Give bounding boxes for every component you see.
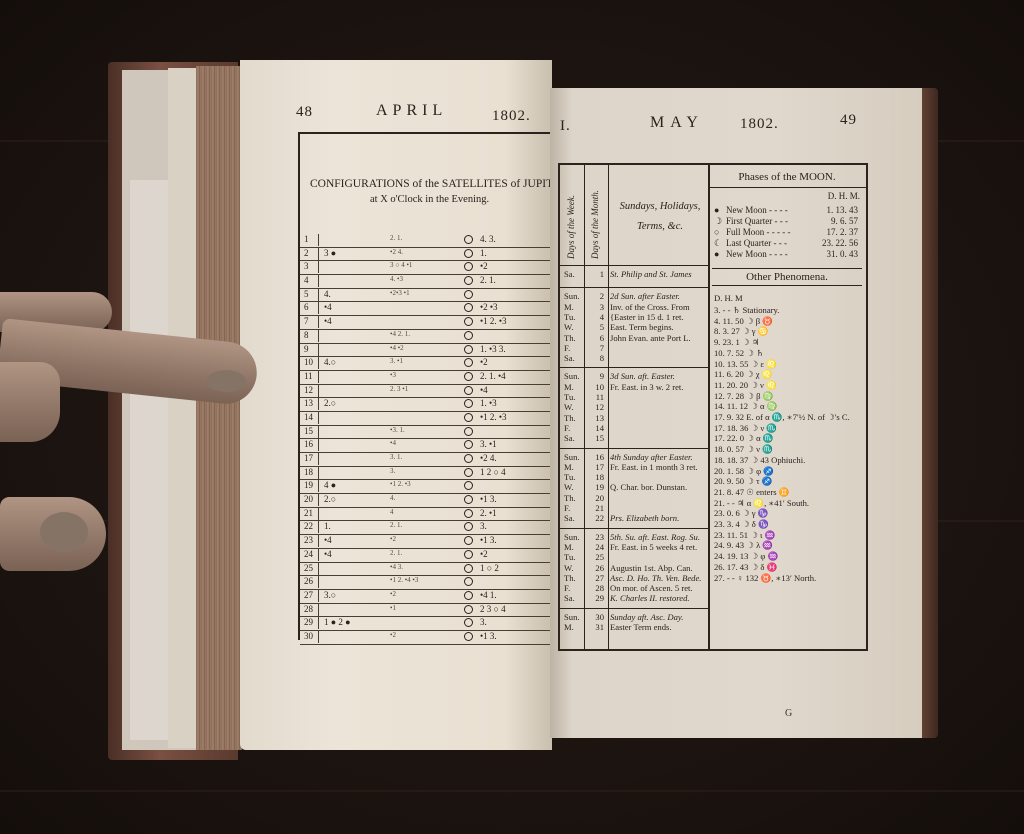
day-of-month: 10: [588, 382, 604, 392]
satellite-positions: 4.: [390, 494, 395, 502]
jupiter-icon: [464, 249, 473, 258]
divider: [318, 535, 319, 547]
divider: [318, 467, 319, 479]
phenomenon-entry: 20. 9. 50 ☽ τ ♐: [714, 476, 772, 487]
divider: [318, 412, 319, 424]
day-number: 25: [304, 563, 318, 573]
east-satellites: •1 2. •3: [480, 412, 507, 422]
east-satellites: •4: [480, 385, 488, 395]
day-number: 23: [304, 535, 318, 545]
mannequin-palm: [0, 362, 60, 442]
divider: [318, 302, 319, 314]
day-number: 4: [304, 275, 318, 285]
page-number: 48: [296, 104, 313, 121]
day-of-month: 31: [588, 622, 604, 632]
weekday: Tu.: [564, 392, 588, 402]
east-satellites: •1 2. •3: [480, 316, 507, 326]
phase-time: 17. 2. 37: [827, 227, 859, 237]
jupiter-icon: [464, 509, 473, 518]
day-of-month: 28: [588, 583, 604, 593]
phase-name: Last Quarter - - -: [726, 238, 787, 248]
satellite-positions: •3: [390, 371, 396, 379]
jupiter-icon: [464, 605, 473, 614]
configuration-row: 12. 1.4. 3.: [300, 234, 555, 248]
weekday: Tu.: [564, 552, 588, 562]
satellite-positions: •2•3 •1: [390, 289, 410, 297]
east-satellites: 2 3 ○ 4: [480, 604, 506, 614]
day-number: 7: [304, 316, 318, 326]
day-event: {Easter in 15 d. 1 ret.: [610, 312, 684, 322]
configuration-row: 273.○•2•4 1.: [300, 590, 555, 604]
east-satellites: •1 3.: [480, 631, 497, 641]
east-satellites: 1. •3 3.: [480, 344, 506, 354]
moon-phases-title: Phases of the MOON.: [712, 171, 862, 183]
satellite-positions: •3. 1.: [390, 426, 405, 434]
phenomenon-entry: 9. 23. 1 ☽ ♃: [714, 337, 760, 348]
weekday: W.: [564, 322, 588, 332]
divider: [318, 344, 319, 356]
east-satellites: •2: [480, 549, 488, 559]
day-number: 12: [304, 385, 318, 395]
weekday: Sa.: [564, 353, 588, 363]
day-number: 28: [304, 604, 318, 614]
east-satellites: •2 4.: [480, 453, 497, 463]
weekday: Sun.: [564, 532, 588, 542]
east-satellites: 1 ○ 2: [480, 563, 499, 573]
jupiter-icon: [464, 290, 473, 299]
day-event: 4th Sunday after Easter.: [610, 452, 693, 462]
divider: [318, 234, 319, 246]
day-event: St. Philip and St. James: [610, 269, 692, 279]
divider: [318, 590, 319, 602]
phenomenon-entry: 23. 3. 4 ☽ δ ♑: [714, 519, 769, 530]
page-month: APRIL: [376, 102, 447, 120]
phase-time: 1. 13. 43: [827, 205, 859, 215]
page-year: 1802.: [740, 116, 779, 133]
page-april[interactable]: 48 APRIL 1802. CONFIGURATIONS of the SAT…: [240, 60, 552, 750]
weekday: F.: [564, 583, 588, 593]
weekday: W.: [564, 482, 588, 492]
west-satellites: 4.: [324, 289, 331, 299]
configuration-row: 7•4•1 2. •3: [300, 316, 555, 330]
header-sundays-holidays: Sundays, Holidays, Terms, &c.: [612, 197, 708, 237]
open-book: 48 APRIL 1802. CONFIGURATIONS of the SAT…: [108, 60, 938, 760]
weekday: Th.: [564, 573, 588, 583]
weekday: F.: [564, 503, 588, 513]
satellite-positions: •4 •2: [390, 344, 404, 352]
configuration-row: 291 ● 2 ●3.: [300, 617, 555, 631]
day-event: 2d Sun. after Easter.: [610, 291, 680, 301]
day-event: On mor. of Ascen. 5 ret.: [610, 583, 693, 593]
day-of-month: 24: [588, 542, 604, 552]
page-edges: [196, 66, 242, 750]
east-satellites: •2: [480, 261, 488, 271]
phenomenon-entry: 17. 9. 32 E. of α ♏, ∗7′½ N. of ☽'s C.: [714, 412, 850, 423]
week-divider: [560, 287, 710, 288]
configuration-row: 26•1 2. •4 •3: [300, 576, 555, 590]
table-subtitle: at X o'Clock in the Evening.: [370, 194, 489, 205]
day-number: 18: [304, 467, 318, 477]
day-number: 13: [304, 398, 318, 408]
weekday: Sun.: [564, 452, 588, 462]
configuration-row: 28•12 3 ○ 4: [300, 604, 555, 618]
day-of-month: 30: [588, 612, 604, 622]
jupiter-icon: [464, 564, 473, 573]
configuration-row: 104.○3. •1•2: [300, 357, 555, 371]
jupiter-icon: [464, 235, 473, 244]
weekday: Th.: [564, 333, 588, 343]
weekday: Th.: [564, 493, 588, 503]
moon-phase-icon: ☾: [714, 238, 722, 249]
east-satellites: 2. 1.: [480, 275, 496, 285]
east-satellites: 3. •1: [480, 439, 497, 449]
moon-phase-row: ☽First Quarter - - -9. 6. 57: [712, 216, 862, 227]
jupiter-icon: [464, 522, 473, 531]
day-of-month: 27: [588, 573, 604, 583]
day-of-month: 21: [588, 503, 604, 513]
satellite-positions: •4: [390, 439, 396, 447]
east-satellites: 2. •1: [480, 508, 497, 518]
weekday: M.: [564, 382, 588, 392]
day-event: Fr. East. in 1 month 3 ret.: [610, 462, 698, 472]
configuration-row: 221.2. 1.3.: [300, 521, 555, 535]
phenomenon-entry: 21. 8. 47 ☉ enters ♊: [714, 487, 789, 498]
east-satellites: •2 •3: [480, 302, 498, 312]
page-year: 1802.: [492, 108, 531, 125]
weekday: Tu.: [564, 312, 588, 322]
configuration-row: 23 ●•2 4.1.: [300, 248, 555, 262]
day-number: 24: [304, 549, 318, 559]
configuration-row: 11•32. 1. •4: [300, 371, 555, 385]
day-of-month: 20: [588, 493, 604, 503]
phenomenon-entry: 4. 11. 50 ☽ β ♉: [714, 316, 773, 327]
configuration-row: 8•4 2. 1.: [300, 330, 555, 344]
day-of-month: 16: [588, 452, 604, 462]
day-number: 29: [304, 617, 318, 627]
configuration-row: 16•43. •1: [300, 439, 555, 453]
weekday: W.: [564, 563, 588, 573]
page-month: MAY: [650, 114, 704, 132]
jupiter-icon: [464, 481, 473, 490]
phase-time: 23. 22. 56: [822, 238, 858, 248]
phenomenon-entry: 21. - - ♃ α ♌, ∗41′ South.: [714, 498, 809, 509]
phenomenon-entry: 11. 6. 20 ☽ χ ♌: [714, 369, 772, 380]
jupiter-icon: [464, 632, 473, 641]
weekday: M.: [564, 302, 588, 312]
jupiter-icon: [464, 317, 473, 326]
east-satellites: 1.: [480, 248, 487, 258]
day-of-month: 19: [588, 482, 604, 492]
day-of-month: 25: [588, 552, 604, 562]
day-number: 15: [304, 426, 318, 436]
satellite-positions: 3.: [390, 467, 395, 475]
configuration-row: 183.1 2 ○ 4: [300, 467, 555, 481]
table-title: CONFIGURATIONS of the SATELLITES of JUPI…: [310, 178, 568, 190]
day-of-month: 3: [588, 302, 604, 312]
day-number: 26: [304, 576, 318, 586]
satellite-positions: 3 ○ 4 •1: [390, 261, 412, 269]
day-event: Inv. of the Cross. From: [610, 302, 690, 312]
weekday: Th.: [564, 413, 588, 423]
jupiter-icon: [464, 358, 473, 367]
configuration-row: 44. •32. 1.: [300, 275, 555, 289]
west-satellites: 1.: [324, 521, 331, 531]
weekday: F.: [564, 343, 588, 353]
west-satellites: 4.○: [324, 357, 336, 367]
divider: [318, 248, 319, 260]
west-satellites: 3 ●: [324, 248, 336, 258]
day-number: 9: [304, 344, 318, 354]
phases-units: D. H. M.: [828, 191, 860, 201]
divider: [318, 480, 319, 492]
jupiter-icon: [464, 399, 473, 408]
east-satellites: 1. •3: [480, 398, 497, 408]
satellite-positions: 4: [390, 508, 394, 516]
weekday: Sa.: [564, 433, 588, 443]
day-of-month: 8: [588, 353, 604, 363]
east-satellites: •1 3.: [480, 494, 497, 504]
configuration-row: 122. 3 •1•4: [300, 385, 555, 399]
day-of-month: 29: [588, 593, 604, 603]
day-of-month: 18: [588, 472, 604, 482]
east-satellites: 1 2 ○ 4: [480, 467, 506, 477]
day-number: 2: [304, 248, 318, 258]
phenomenon-entry: 12. 7. 28 ☽ β ♍: [714, 391, 773, 402]
satellite-positions: •2 4.: [390, 248, 403, 256]
moon-phase-icon: ☽: [714, 216, 722, 227]
day-of-month: 4: [588, 312, 604, 322]
jupiter-icon: [464, 303, 473, 312]
jupiter-icon: [464, 577, 473, 586]
divider: [318, 275, 319, 287]
phase-name: First Quarter - - -: [726, 216, 788, 226]
east-satellites: •4 1.: [480, 590, 497, 600]
day-of-month: 7: [588, 343, 604, 353]
divider: [318, 385, 319, 397]
east-satellites: •1 3.: [480, 535, 497, 545]
moon-phase-row: ☾Last Quarter - - -23. 22. 56: [712, 238, 862, 249]
phenomenon-entry: 17. 18. 36 ☽ ν ♏: [714, 423, 777, 434]
satellite-positions: •2: [390, 535, 396, 543]
page-number: 49: [840, 112, 857, 129]
jupiter-icon: [464, 591, 473, 600]
phenomenon-entry: 3. - - ♄ Stationary.: [714, 305, 779, 316]
day-number: 5: [304, 289, 318, 299]
phenomenon-entry: 20. 1. 58 ☽ φ ♐: [714, 466, 774, 477]
jupiter-icon: [464, 468, 473, 477]
weekday: W.: [564, 402, 588, 412]
day-number: 11: [304, 371, 318, 381]
divider: [318, 426, 319, 438]
divider: [560, 265, 710, 266]
moon-phase-icon: ●: [714, 249, 719, 259]
configuration-row: 33 ○ 4 •1•2: [300, 261, 555, 275]
weekday: Sa.: [564, 593, 588, 603]
jupiter-icon: [464, 427, 473, 436]
east-satellites: 3.: [480, 617, 487, 627]
weekday: M.: [564, 622, 588, 632]
configuration-row: 132.○1. •3: [300, 398, 555, 412]
day-of-month: 6: [588, 333, 604, 343]
divider: [318, 494, 319, 506]
day-number: 27: [304, 590, 318, 600]
moon-phase-icon: ●: [714, 205, 719, 215]
configuration-row: 23•4•2•1 3.: [300, 535, 555, 549]
west-satellites: 1 ● 2 ●: [324, 617, 351, 627]
jupiter-icon: [464, 618, 473, 627]
jupiter-icon: [464, 454, 473, 463]
weekday: Sa.: [564, 513, 588, 523]
jupiter-icon: [464, 372, 473, 381]
divider: [318, 330, 319, 342]
divider: [318, 453, 319, 465]
phenomenon-entry: 27. - - ♀ 132 ♉, ∗13′ North.: [714, 573, 816, 584]
configuration-row: 25•4 3.1 ○ 2: [300, 563, 555, 577]
configuration-row: 54.•2•3 •1: [300, 289, 555, 303]
satellite-positions: •1 2. •4 •3: [390, 576, 418, 584]
configuration-row: 6•4•2 •3: [300, 302, 555, 316]
header-days-of-week: Days of the Week.: [566, 195, 576, 259]
configuration-row: 202.○4.•1 3.: [300, 494, 555, 508]
phase-time: 31. 0. 43: [827, 249, 859, 259]
weekday: Sun.: [564, 612, 588, 622]
day-of-month: 22: [588, 513, 604, 523]
phenomenon-entry: 14. 11. 12 ☽ α ♍: [714, 401, 777, 412]
phase-name: New Moon - - - -: [726, 249, 788, 259]
satellite-positions: 3. 1.: [390, 453, 402, 461]
divider: [318, 357, 319, 369]
east-satellites: •2: [480, 357, 488, 367]
jupiter-icon: [464, 550, 473, 559]
moon-phase-icon: ○: [714, 227, 719, 237]
divider: [318, 521, 319, 533]
divider: [318, 549, 319, 561]
east-satellites: 2. 1. •4: [480, 371, 506, 381]
weekday: F.: [564, 423, 588, 433]
fingernail: [206, 370, 246, 392]
moon-phase-row: ●New Moon - - - -31. 0. 43: [712, 249, 862, 260]
day-of-month: 12: [588, 402, 604, 412]
phenomenon-entry: 10. 13. 55 ☽ ε ♌: [714, 359, 777, 370]
weekday: Sa.: [564, 269, 588, 279]
week-divider: [560, 608, 710, 609]
jupiter-satellites-table: CONFIGURATIONS of the SATELLITES of JUPI…: [298, 132, 555, 640]
west-satellites: •4: [324, 302, 332, 312]
day-event: Sunday aft. Asc. Day.: [610, 612, 683, 622]
week-divider: [560, 448, 710, 449]
day-event: 3d Sun. aft. Easter.: [610, 371, 675, 381]
day-event: Q. Char. bor. Dunstan.: [610, 482, 687, 492]
satellite-positions: 3. •1: [390, 357, 403, 365]
phenomenon-entry: 24. 19. 13 ☽ φ ♒: [714, 551, 778, 562]
weekday: Sun.: [564, 371, 588, 381]
day-event: East. Term begins.: [610, 322, 674, 332]
satellite-positions: •1 2. •3: [390, 480, 411, 488]
day-event: Prs. Elizabeth born.: [610, 513, 679, 523]
day-number: 1: [304, 234, 318, 244]
jupiter-icon: [464, 536, 473, 545]
phenomenon-entry: 18. 18. 37 ☽ 43 Ophiuchi.: [714, 455, 805, 466]
satellite-positions: •4 2. 1.: [390, 330, 410, 338]
other-phenomena-title: Other Phenomena.: [712, 268, 862, 286]
jupiter-icon: [464, 331, 473, 340]
jupiter-icon: [464, 440, 473, 449]
phase-name: New Moon - - - -: [726, 205, 788, 215]
phenomenon-entry: 18. 0. 57 ☽ ν ♏: [714, 444, 773, 455]
jupiter-icon: [464, 345, 473, 354]
day-of-month: 1: [588, 269, 604, 279]
divider: [318, 439, 319, 451]
satellite-positions: 2. 1.: [390, 549, 402, 557]
satellite-positions: •2: [390, 631, 396, 639]
west-satellites: •4: [324, 316, 332, 326]
jupiter-icon: [464, 276, 473, 285]
day-number: 21: [304, 508, 318, 518]
configuration-row: 15•3. 1.: [300, 426, 555, 440]
signature-letter: G: [785, 708, 792, 719]
satellite-positions: 2. 3 •1: [390, 385, 408, 393]
divider: [318, 261, 319, 273]
weekday: Sun.: [564, 291, 588, 301]
satellite-positions: •4 3.: [390, 563, 403, 571]
day-of-month: 5: [588, 322, 604, 332]
phenomenon-entry: 23. 11. 51 ☽ ι ♒: [714, 530, 775, 541]
jupiter-icon: [464, 495, 473, 504]
day-event: Fr. East. in 3 w. 2 ret.: [610, 382, 683, 392]
day-number: 10: [304, 357, 318, 367]
phenomenon-entry: 24. 9. 43 ☽ λ ♒: [714, 540, 773, 551]
week-divider: [560, 528, 710, 529]
day-of-month: 17: [588, 462, 604, 472]
east-satellites: 3.: [480, 521, 487, 531]
divider: [318, 617, 319, 629]
divider: [318, 289, 319, 301]
moon-phase-row: ●New Moon - - - -1. 13. 43: [712, 205, 862, 216]
west-satellites: 4 ●: [324, 480, 336, 490]
day-event: Asc. D. Ho. Th. Ven. Bede.: [610, 573, 701, 583]
configuration-row: 30•2•1 3.: [300, 631, 555, 645]
day-of-month: 9: [588, 371, 604, 381]
west-satellites: 3.○: [324, 590, 336, 600]
satellite-positions: 2. 1.: [390, 234, 402, 242]
may-calendar-table: Days of the Week. Days of the Month. Sun…: [558, 163, 868, 651]
day-of-month: 2: [588, 291, 604, 301]
divider: [318, 316, 319, 328]
weekday: Tu.: [564, 472, 588, 482]
weekday: M.: [564, 462, 588, 472]
day-number: 3: [304, 261, 318, 271]
phenomena-units: D. H. M: [714, 293, 743, 303]
west-satellites: •4: [324, 535, 332, 545]
divider: [318, 508, 319, 520]
satellite-positions: •1: [390, 604, 396, 612]
day-number: 8: [304, 330, 318, 340]
phase-name: Full Moon - - - - -: [726, 227, 791, 237]
phenomenon-entry: 17. 22. 0 ☽ α ♏: [714, 433, 773, 444]
signature-mark: I.: [560, 118, 571, 135]
table-grain: [0, 790, 1024, 792]
day-number: 14: [304, 412, 318, 422]
day-event: John Evan. ante Port L.: [610, 333, 691, 343]
configuration-rows: 12. 1.4. 3.23 ●•2 4.1.33 ○ 4 •1•244. •32…: [300, 234, 555, 645]
day-event: Easter Term ends.: [610, 622, 672, 632]
west-satellites: 2.○: [324, 494, 336, 504]
phenomenon-entry: 23. 0. 6 ☽ γ ♑: [714, 508, 768, 519]
divider: [318, 371, 319, 383]
jupiter-icon: [464, 413, 473, 422]
day-event: 5th. Su. aft. East. Rog. Su.: [610, 532, 700, 542]
configuration-row: 2142. •1: [300, 508, 555, 522]
